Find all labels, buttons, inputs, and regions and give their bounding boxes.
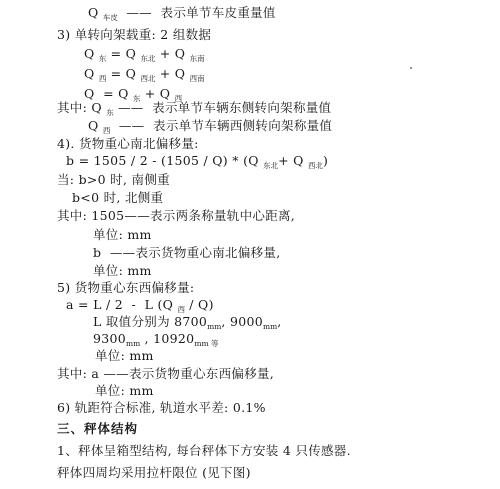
text-segment: 秤体四周均采用拉杆限位 (见下图) (57, 465, 251, 480)
text-segment: 3) 单转向架载重: 2 组数据 (57, 27, 211, 42)
subscript: 东北 (140, 54, 155, 63)
text-segment: 当: b>0 时, 南侧重 (57, 172, 170, 187)
text-segment: —— 表示单节车皮重量值 (118, 5, 276, 20)
subscript: 西南 (190, 74, 205, 83)
text-segment: 其中: 1505——表示两条称量轨中心距离, (57, 208, 295, 223)
a-definition: 其中: a ——表示货物重心东西偏移量, (57, 366, 274, 381)
subscript: mm (263, 322, 277, 331)
text-segment: + Q (155, 46, 189, 61)
text-segment: = Q (106, 46, 140, 61)
unit-mm-3: 单位: mm (95, 348, 154, 363)
text-segment: Q (88, 118, 103, 133)
unit-mm-4: 单位: mm (95, 383, 154, 398)
text-segment: a = L / 2 - L (Q (66, 297, 177, 312)
unit-mm-1: 单位: mm (93, 227, 152, 242)
text-segment: 6) 轨距符合标准, 轨道水平差: 0.1% (57, 400, 266, 415)
text-segment: b = 1505 / 2 - (1505 / Q) * (Q (66, 153, 263, 168)
text-segment: 单位: mm (93, 227, 152, 242)
text-segment: 其中: a ——表示货物重心东西偏移量, (57, 366, 274, 381)
subscript: 西 (177, 305, 185, 314)
item-5-heading: 5) 货物重心东西偏移量: (57, 280, 194, 295)
text-segment: 5) 货物重心东西偏移量: (57, 280, 194, 295)
condition-b-positive: 当: b>0 时, 南侧重 (57, 172, 170, 187)
item-4-heading: 4). 货物重心南北偏移量: (57, 136, 199, 151)
subscript: 东 (106, 108, 114, 117)
item-1-scale-structure: 1、秤体呈箱型结构, 每台秤体下方安装 4 只传感器. (57, 443, 351, 458)
subscript: 东南 (190, 54, 205, 63)
text-segment: —— 表示单节车辆东侧转向架称量值 (114, 100, 332, 115)
q-west-definition: Q 西 —— 表示单节车辆西侧转向架称量值 (88, 118, 332, 138)
subscript: 东北 (263, 161, 278, 170)
q-east-definition: 其中: Q 东 —— 表示单节车辆东侧转向架称量值 (57, 100, 331, 120)
q-tare-definition-line: Q 车皮 —— 表示单节车皮重量值 (88, 5, 276, 25)
text-segment: , 10920 (140, 331, 194, 346)
text-segment: b ——表示货物重心南北偏移量, (93, 245, 281, 260)
subscript: mm (126, 339, 140, 348)
subscript: mm 等 (194, 339, 218, 348)
note-1505-definition: 其中: 1505——表示两条称量轨中心距离, (57, 208, 295, 223)
unit-mm-2: 单位: mm (93, 263, 152, 278)
text-segment: 单位: mm (95, 383, 154, 398)
text-segment: Q (84, 66, 99, 81)
equation-q-east: Q 东 = Q 东北 + Q 东南 (84, 46, 205, 66)
text-segment: Q = Q (84, 86, 133, 101)
b-definition: b ——表示货物重心南北偏移量, (93, 245, 281, 260)
scan-artifact-dot (410, 67, 412, 69)
text-segment: Q (84, 46, 99, 61)
text-segment: 单位: mm (93, 263, 152, 278)
text-segment: 4). 货物重心南北偏移量: (57, 136, 199, 151)
text-segment: —— 表示单节车辆西侧转向架称量值 (110, 118, 332, 133)
text-segment: / Q) (185, 297, 214, 312)
equation-b-offset: b = 1505 / 2 - (1505 / Q) * (Q 东北+ Q 西北) (66, 153, 328, 173)
text-segment: 1、秤体呈箱型结构, 每台秤体下方安装 4 只传感器. (57, 443, 351, 458)
subscript: 车皮 (103, 13, 118, 22)
text-segment: ) (323, 153, 328, 168)
text-segment: , (277, 314, 281, 329)
item-3-heading: 3) 单转向架载重: 2 组数据 (57, 27, 211, 42)
subscript: 西北 (140, 74, 155, 83)
document-page: Q 车皮 —— 表示单节车皮重量值3) 单转向架载重: 2 组数据Q 东 = Q… (0, 0, 500, 489)
section-3-title: 三、秤体结构 (57, 421, 138, 436)
scale-limit-rod-line: 秤体四周均采用拉杆限位 (见下图) (57, 465, 251, 480)
condition-b-negative: b<0 时, 北侧重 (72, 190, 163, 205)
text-segment: , 9000 (221, 314, 263, 329)
text-segment: b<0 时, 北侧重 (72, 190, 163, 205)
equation-q-west: Q 西 = Q 西北 + Q 西南 (84, 66, 205, 86)
text-segment: = Q (106, 66, 140, 81)
text-segment: Q (88, 5, 103, 20)
text-segment: L 取值分别为 8700 (93, 314, 207, 329)
text-segment: 9300 (93, 331, 126, 346)
text-segment: + Q (140, 86, 174, 101)
text-segment: 三、秤体结构 (57, 421, 138, 436)
subscript: mm (207, 322, 221, 331)
text-segment: + Q (155, 66, 189, 81)
subscript: 西北 (308, 161, 323, 170)
item-6-heading: 6) 轨距符合标准, 轨道水平差: 0.1% (57, 400, 266, 415)
text-segment: 单位: mm (95, 348, 154, 363)
text-segment: + Q (278, 153, 308, 168)
text-segment: 其中: Q (57, 100, 106, 115)
